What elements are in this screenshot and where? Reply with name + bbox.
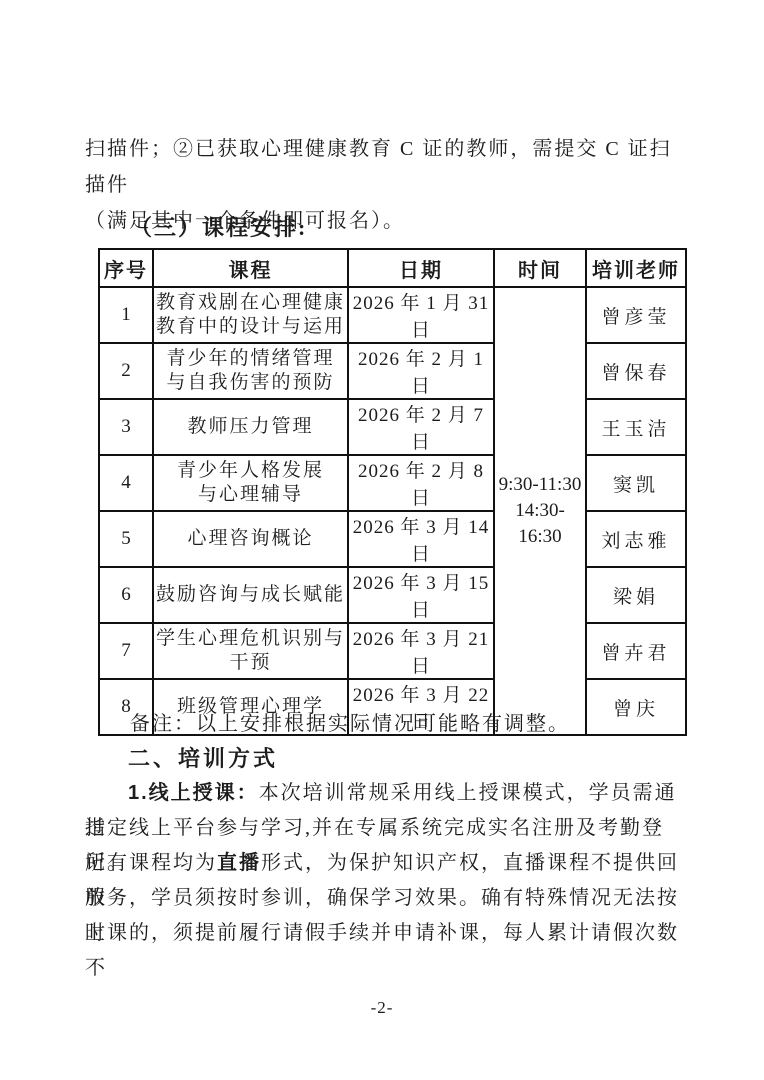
- para-line-2: 指定线上平台参与学习,并在专属系统完成实名注册及考勤登记。: [85, 811, 691, 846]
- teacher-name: 刘志雅: [586, 511, 686, 567]
- para-line-1: 1.线上授课：本次培训常规采用线上授课模式，学员需通过: [85, 776, 691, 811]
- course-name: 心理咨询概论: [153, 511, 348, 567]
- table-row: 2 青少年的情绪管理 与自我伤害的预防 2026 年 2 月 1 日 曾保春: [99, 343, 686, 399]
- table-row: 4 青少年人格发展 与心理辅导 2026 年 2 月 8 日 窦凯: [99, 455, 686, 511]
- column-header-date: 日期: [348, 249, 494, 287]
- course-date: 2026 年 2 月 8 日: [348, 455, 494, 511]
- teacher-name: 曾卉君: [586, 623, 686, 679]
- row-number: 3: [99, 399, 153, 455]
- online-teaching-lead: 1.线上授课：: [128, 782, 259, 804]
- row-number: 1: [99, 287, 153, 343]
- live-broadcast-emphasis: 直播: [217, 852, 261, 874]
- row-number: 6: [99, 567, 153, 623]
- table-row: 6 鼓励咨询与成长赋能 2026 年 3 月 15 日 梁娟: [99, 567, 686, 623]
- column-header-time: 时间: [494, 249, 586, 287]
- para-line-4: 服务，学员须按时参训，确保学习效果。确有特殊情况无法按时: [85, 881, 691, 916]
- course-schedule-heading: （三）课程安排:: [130, 210, 307, 246]
- course-name: 青少年人格发展 与心理辅导: [153, 455, 348, 511]
- course-date: 2026 年 2 月 1 日: [348, 343, 494, 399]
- course-time-merged: 9:30-11:30 14:30-16:30: [494, 287, 586, 735]
- intro-line-1: 扫描件；②已获取心理健康教育 C 证的教师，需提交 C 证扫描件: [85, 131, 691, 203]
- course-date: 2026 年 3 月 14 日: [348, 511, 494, 567]
- column-header-number: 序号: [99, 249, 153, 287]
- teacher-name: 王玉洁: [586, 399, 686, 455]
- course-name: 鼓励咨询与成长赋能: [153, 567, 348, 623]
- training-method-heading: 二、培训方式: [128, 741, 278, 777]
- course-name: 教师压力管理: [153, 399, 348, 455]
- course-date: 2026 年 3 月 15 日: [348, 567, 494, 623]
- teacher-name: 窦凯: [586, 455, 686, 511]
- course-date: 2026 年 1 月 31 日: [348, 287, 494, 343]
- page-number: -2-: [0, 998, 764, 1018]
- course-name: 教育戏剧在心理健康 教育中的设计与运用: [153, 287, 348, 343]
- para-line-5: 上课的，须提前履行请假手续并申请补课，每人累计请假次数不: [85, 916, 691, 951]
- course-name: 学生心理危机识别与干预: [153, 623, 348, 679]
- course-name: 青少年的情绪管理 与自我伤害的预防: [153, 343, 348, 399]
- table-header-row: 序号 课程 日期 时间 培训老师: [99, 249, 686, 287]
- teacher-name: 曾彦莹: [586, 287, 686, 343]
- column-header-course: 课程: [153, 249, 348, 287]
- course-date: 2026 年 2 月 7 日: [348, 399, 494, 455]
- training-method-paragraph: 1.线上授课：本次培训常规采用线上授课模式，学员需通过 指定线上平台参与学习,并…: [85, 776, 691, 951]
- course-date: 2026 年 3 月 21 日: [348, 623, 494, 679]
- row-number: 5: [99, 511, 153, 567]
- table-row: 1 教育戏剧在心理健康 教育中的设计与运用 2026 年 1 月 31 日 9:…: [99, 287, 686, 343]
- table-row: 7 学生心理危机识别与干预 2026 年 3 月 21 日 曾卉君: [99, 623, 686, 679]
- teacher-name: 曾保春: [586, 343, 686, 399]
- course-schedule-table: 序号 课程 日期 时间 培训老师 1 教育戏剧在心理健康 教育中的设计与运用 2…: [98, 248, 687, 736]
- column-header-teacher: 培训老师: [586, 249, 686, 287]
- row-number: 7: [99, 623, 153, 679]
- teacher-name: 曾庆: [586, 679, 686, 735]
- document-page: 扫描件；②已获取心理健康教育 C 证的教师，需提交 C 证扫描件 （满足其中一个…: [0, 0, 764, 1080]
- table-row: 5 心理咨询概论 2026 年 3 月 14 日 刘志雅: [99, 511, 686, 567]
- row-number: 4: [99, 455, 153, 511]
- para-line-3: 所有课程均为直播形式，为保护知识产权，直播课程不提供回放: [85, 846, 691, 881]
- teacher-name: 梁娟: [586, 567, 686, 623]
- row-number: 2: [99, 343, 153, 399]
- para-line-3-pre: 所有课程均为: [85, 852, 217, 874]
- table-row: 3 教师压力管理 2026 年 2 月 7 日 王玉洁: [99, 399, 686, 455]
- schedule-note: 备注：以上安排根据实际情况可能略有调整。: [130, 706, 570, 742]
